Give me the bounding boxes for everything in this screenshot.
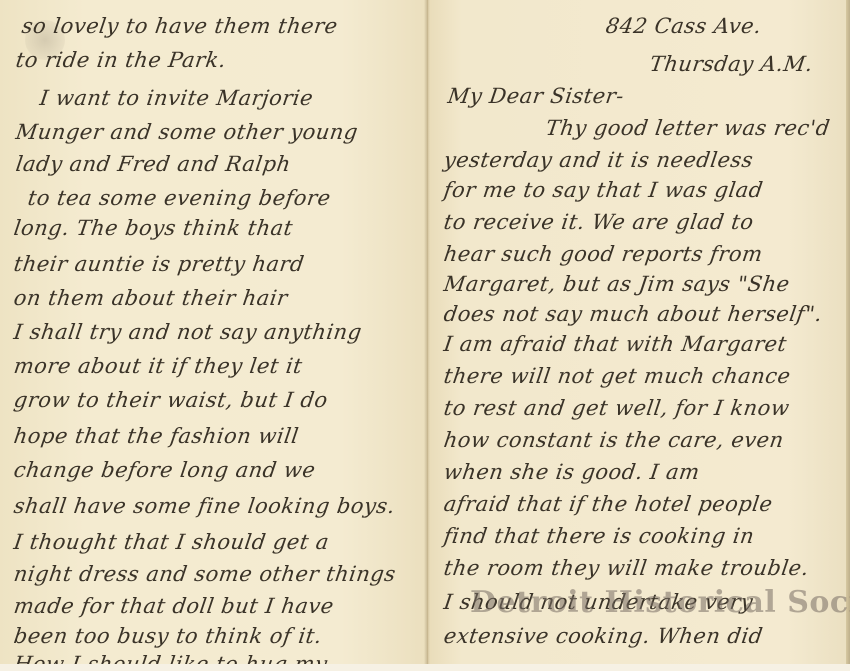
left-line-1: so lovely to have them there <box>20 14 339 38</box>
right-line-8: I am afraid that with Margaret <box>442 332 788 356</box>
right-line-9: there will not get much chance <box>442 364 792 388</box>
left-line-13: hope that the fashion will <box>12 424 300 448</box>
right-line-13: afraid that if the hotel people <box>442 492 774 516</box>
left-line-4: Munger and some other young <box>14 120 359 144</box>
left-line-3: I want to invite Marjorie <box>38 86 314 110</box>
left-line-7: long. The boys think that <box>12 216 294 240</box>
right-line-2: yesterday and it is needless <box>442 148 755 172</box>
left-line-15: shall have some fine looking boys. <box>12 494 396 518</box>
dateline: Thursday A.M. <box>648 52 814 76</box>
left-line-6: to tea some evening before <box>26 186 332 210</box>
right-line-7: does not say much about herself". <box>442 302 824 326</box>
right-line-17: extensive cooking. When did <box>442 624 764 648</box>
left-line-11: more about it if they let it <box>12 354 304 378</box>
left-line-16: I thought that I should get a <box>12 530 330 554</box>
salutation: My Dear Sister- <box>446 84 625 108</box>
right-line-14: find that there is cooking in <box>442 524 756 548</box>
left-line-5: lady and Fred and Ralph <box>14 152 292 176</box>
watermark: Detroit Historical Society <box>470 585 850 620</box>
right-line-10: to rest and get well, for I know <box>442 396 791 420</box>
paper-edge-bottom <box>0 664 850 671</box>
left-line-2: to ride in the Park. <box>14 48 228 72</box>
address-line: 842 Cass Ave. <box>604 14 763 38</box>
right-line-15: the room they will make trouble. <box>442 556 810 580</box>
right-page: 842 Cass Ave. Thursday A.M. My Dear Sist… <box>427 0 850 671</box>
right-line-4: to receive it. We are glad to <box>442 210 755 234</box>
right-line-11: how constant is the care, even <box>442 428 785 452</box>
left-line-19: been too busy to think of it. <box>12 624 323 648</box>
page-fold <box>424 0 430 671</box>
right-line-1: Thy good letter was rec'd <box>544 116 831 140</box>
left-line-14: change before long and we <box>12 458 317 482</box>
right-line-3: for me to say that I was glad <box>442 178 764 202</box>
right-line-6: Margaret, but as Jim says "She <box>442 272 791 296</box>
right-line-12: when she is good. I am <box>442 460 701 484</box>
left-line-8: their auntie is pretty hard <box>12 252 306 276</box>
left-page: so lovely to have them there to ride in … <box>0 0 427 671</box>
left-line-17: night dress and some other things <box>12 562 397 586</box>
left-line-9: on them about their hair <box>12 286 289 310</box>
left-line-18: made for that doll but I have <box>12 594 335 618</box>
right-line-5: hear such good reports from <box>442 242 764 266</box>
left-line-12: grow to their waist, but I do <box>12 388 329 412</box>
paper-edge-right <box>846 0 850 671</box>
left-line-10: I shall try and not say anything <box>12 320 363 344</box>
